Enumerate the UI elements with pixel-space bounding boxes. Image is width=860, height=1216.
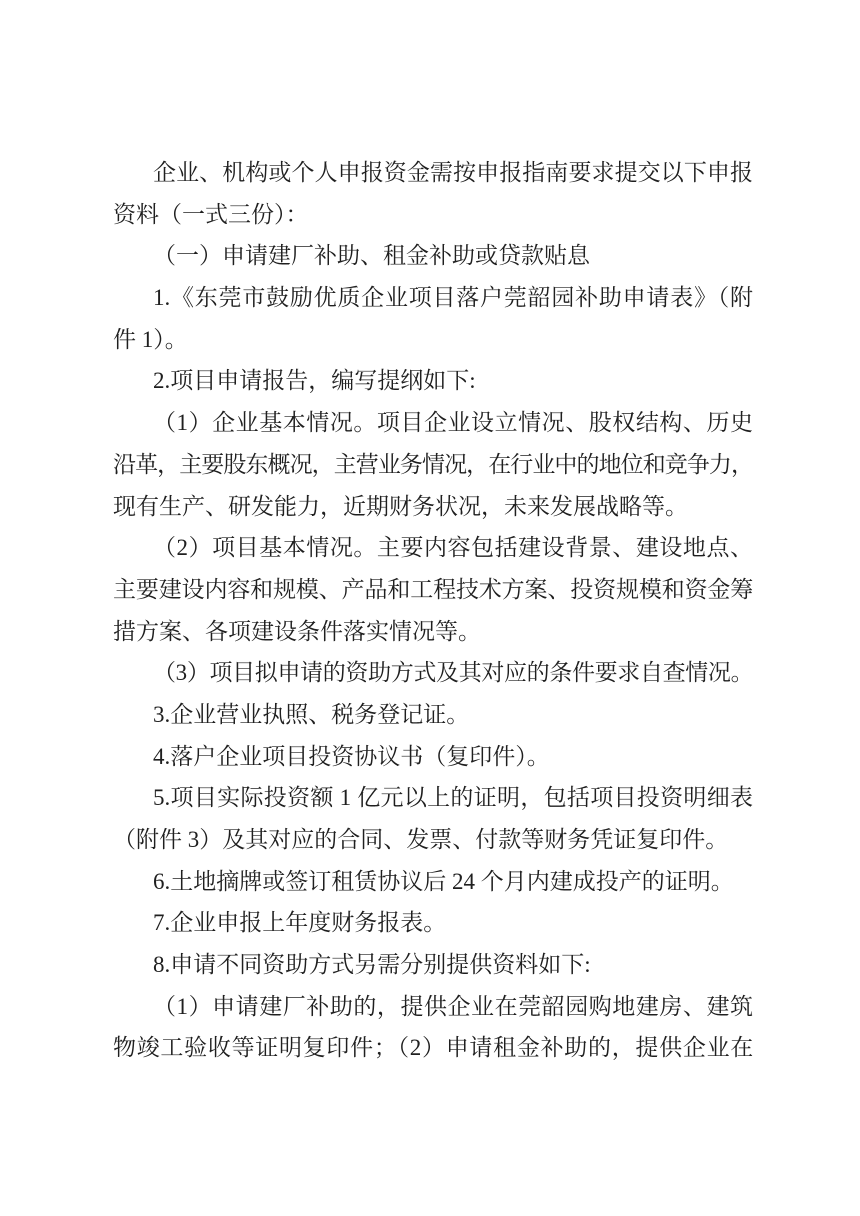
line-04: 1.《东莞市鼓励优质企业项目落户莞韶园补助申请表》（附 <box>113 277 753 319</box>
line-06: 2.项目申请报告，编写提纲如下: <box>113 360 753 402</box>
line-13: （3）项目拟申请的资助方式及其对应的条件要求自查情况。 <box>113 652 753 694</box>
line-18: 6.土地摘牌或签订租赁协议后 24 个月内建成投产的证明。 <box>113 861 753 903</box>
line-19: 7.企业申报上年度财务报表。 <box>113 902 753 944</box>
line-14: 3.企业营业执照、税务登记证。 <box>113 694 753 736</box>
line-12: 措方案、各项建设条件落实情况等。 <box>113 611 753 653</box>
line-20: 8.申请不同资助方式另需分别提供资料如下: <box>113 944 753 986</box>
line-03-section-heading: （一）申请建厂补助、租金补助或贷款贴息 <box>113 235 753 277</box>
line-02: 资料（一式三份）： <box>113 194 753 236</box>
line-07: （1）企业基本情况。项目企业设立情况、股权结构、历史 <box>113 402 753 444</box>
line-05: 件 1）。 <box>113 319 753 361</box>
line-22: 物竣工验收等证明复印件；（2）申请租金补助的，提供企业在 <box>113 1027 753 1069</box>
line-11: 主要建设内容和规模、产品和工程技术方案、投资规模和资金筹 <box>113 569 753 611</box>
line-10: （2）项目基本情况。主要内容包括建设背景、建设地点、 <box>113 527 753 569</box>
line-16: 5.项目实际投资额 1 亿元以上的证明，包括项目投资明细表 <box>113 777 753 819</box>
line-01: 企业、机构或个人申报资金需按申报指南要求提交以下申报 <box>113 152 753 194</box>
line-17: （附件 3）及其对应的合同、发票、付款等财务凭证复印件。 <box>113 819 753 861</box>
document-body-text: 企业、机构或个人申报资金需按申报指南要求提交以下申报 资料（一式三份）： （一）… <box>113 152 753 1069</box>
line-09: 现有生产、研发能力，近期财务状况，未来发展战略等。 <box>113 486 753 528</box>
line-15: 4.落户企业项目投资协议书（复印件）。 <box>113 736 753 778</box>
line-21: （1）申请建厂补助的，提供企业在莞韶园购地建房、建筑 <box>113 986 753 1028</box>
line-08: 沿革，主要股东概况，主营业务情况，在行业中的地位和竞争力， <box>113 444 753 486</box>
document-page: 企业、机构或个人申报资金需按申报指南要求提交以下申报 资料（一式三份）： （一）… <box>0 0 860 1216</box>
